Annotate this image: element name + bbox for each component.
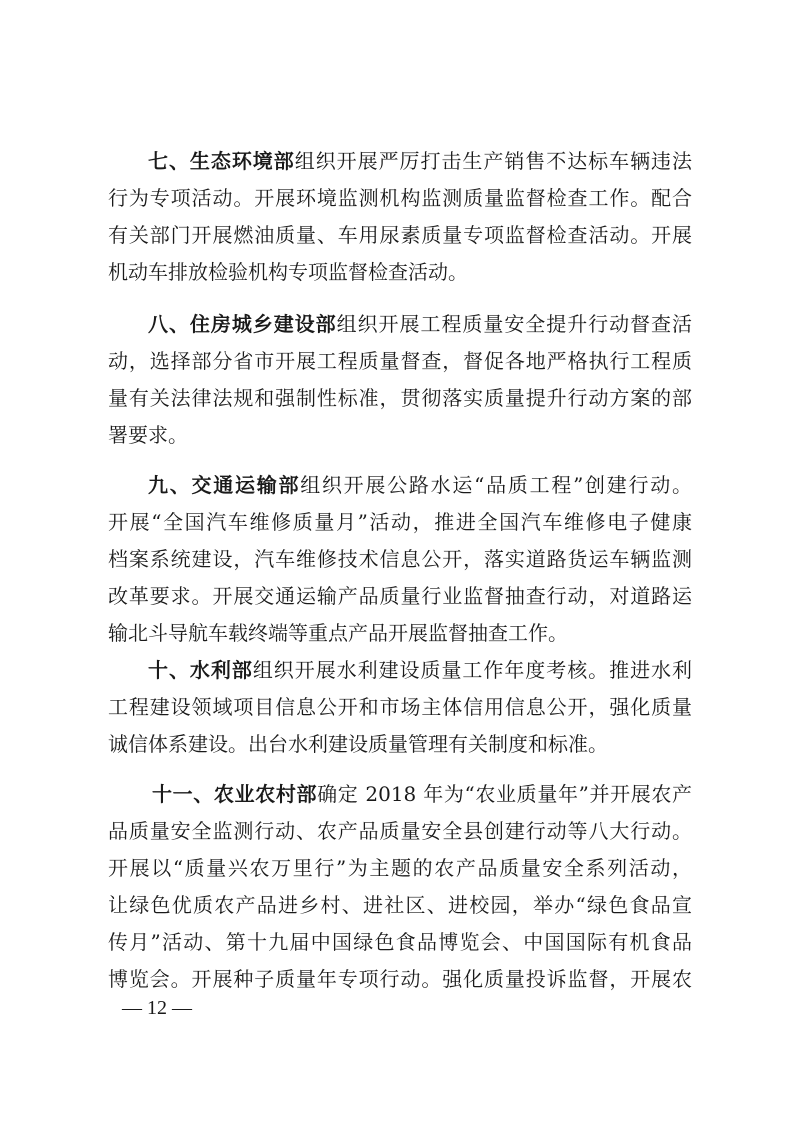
paragraph-line: 八、住房城乡建设部组织开展工程质量安全提升行动督查活 bbox=[148, 309, 692, 339]
paragraph-line: 档案系统建设，汽车维修技术信息公开，落实道路货运车辆监测 bbox=[108, 544, 692, 574]
paragraph-line: 博览会。开展种子质量年专项行动。强化质量投诉监督，开展农 bbox=[108, 964, 692, 994]
paragraph-line: 九、交通运输部组织开展公路水运“品质工程”创建行动。 bbox=[148, 470, 692, 500]
paragraph-line: 动，选择部分省市开展工程质量督查，督促各地严格执行工程质 bbox=[108, 346, 692, 376]
paragraph-line: 有关部门开展燃油质量、车用尿素质量专项监督检查活动。开展 bbox=[108, 220, 692, 250]
paragraph-line: 输北斗导航车载终端等重点产品开展监督抽查工作。 bbox=[108, 618, 692, 648]
paragraph-line: 行为专项活动。开展环境监测机构监测质量监督检查工作。配合 bbox=[108, 183, 692, 213]
section-heading: 七、生态环境部 bbox=[148, 149, 295, 173]
paragraph-line: 量有关法律法规和强制性标准，贯彻落实质量提升行动方案的部 bbox=[108, 383, 692, 413]
paragraph-line: 传月”活动、第十九届中国绿色食品博览会、中国国际有机食品 bbox=[108, 927, 692, 957]
paragraph-line: 工程建设领域项目信息公开和市场主体信用信息公开，强化质量 bbox=[108, 692, 692, 722]
paragraph-line: 诚信体系建设。出台水利建设质量管理有关制度和标准。 bbox=[108, 729, 692, 759]
paragraph-line: 改革要求。开展交通运输产品质量行业监督抽查行动，对道路运 bbox=[108, 581, 692, 611]
paragraph-line: 十一、农业农村部确定 2018 年为“农业质量年”并开展农产 bbox=[152, 779, 692, 809]
section-heading: 九、交通运输部 bbox=[148, 473, 300, 497]
section-heading: 八、住房城乡建设部 bbox=[148, 312, 337, 336]
paragraph-line: 开展“全国汽车维修质量月”活动，推进全国汽车维修电子健康 bbox=[108, 507, 692, 537]
section-heading: 十一、农业农村部 bbox=[152, 782, 317, 806]
paragraph-line: 机动车排放检验机构专项监督检查活动。 bbox=[108, 257, 692, 287]
paragraph-line: 十、水利部组织开展水利建设质量工作年度考核。推进水利 bbox=[148, 655, 692, 685]
page-number: — 12 — bbox=[122, 995, 192, 1021]
paragraph-line: 七、生态环境部组织开展严厉打击生产销售不达标车辆违法 bbox=[148, 146, 692, 176]
paragraph-line: 署要求。 bbox=[108, 420, 692, 450]
document-page: 七、生态环境部组织开展严厉打击生产销售不达标车辆违法 行为专项活动。开展环境监测… bbox=[0, 0, 800, 1128]
section-heading: 十、水利部 bbox=[148, 658, 253, 682]
paragraph-line: 让绿色优质农产品进乡村、进社区、进校园，举办“绿色食品宣 bbox=[108, 890, 692, 920]
paragraph-line: 品质量安全监测行动、农产品质量安全县创建行动等八大行动。 bbox=[108, 816, 692, 846]
paragraph-line: 开展以“质量兴农万里行”为主题的农产品质量安全系列活动， bbox=[108, 853, 692, 883]
